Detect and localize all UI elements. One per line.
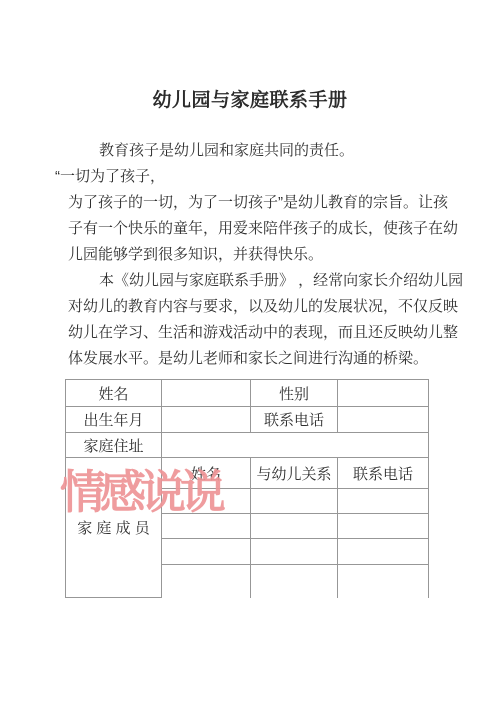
birthdate-label-cell: 出生年月 — [66, 407, 162, 433]
member-phone-cell — [338, 489, 429, 514]
member-relation-header-cell: 与幼儿关系 — [251, 458, 338, 489]
member-name-cell — [162, 565, 251, 598]
address-value-cell — [162, 433, 429, 458]
member-phone-header-cell: 联系电话 — [338, 458, 429, 489]
info-table: 姓名 性别 出生年月 联系电话 家庭住址 家 庭 成 员 姓名 与幼儿关系 联系… — [65, 379, 429, 598]
family-members-group-cell: 家 庭 成 员 — [66, 458, 162, 598]
member-relation-cell — [251, 539, 338, 565]
phone-value-cell — [338, 407, 429, 433]
paragraph-line: 体发展水平。是幼儿老师和家长之间进行沟通的桥梁。 — [68, 346, 448, 372]
member-phone-cell — [338, 539, 429, 565]
body-text: 教育孩子是幼儿园和家庭共同的责任。 “一切为了孩子， 为了孩子的一切，为了一切孩… — [68, 138, 448, 372]
gender-label-cell: 性别 — [251, 380, 338, 407]
address-label-cell: 家庭住址 — [66, 433, 162, 458]
page-title: 幼儿园与家庭联系手册 — [0, 85, 500, 112]
member-name-header-cell: 姓名 — [162, 458, 251, 489]
member-relation-cell — [251, 565, 338, 598]
name-value-cell — [162, 380, 251, 407]
paragraph-line: 教育孩子是幼儿园和家庭共同的责任。 — [68, 138, 448, 164]
paragraph-line: 为了孩子的一切，为了一切孩子”是幼儿教育的宗旨。让孩 — [68, 190, 448, 216]
member-name-cell — [162, 539, 251, 565]
paragraph-line: 本《幼儿园与家庭联系手册》 ，经常向家长介绍幼儿园 — [68, 268, 448, 294]
paragraph-line: 儿园能够学到很多知识，并获得快乐。 — [68, 242, 448, 268]
member-relation-cell — [251, 514, 338, 539]
member-phone-cell — [338, 514, 429, 539]
member-name-cell — [162, 489, 251, 514]
member-relation-cell — [251, 489, 338, 514]
phone-label-cell: 联系电话 — [251, 407, 338, 433]
paragraph-line: 幼儿在学习、生活和游戏活动中的表现，而且还反映幼儿整 — [68, 320, 448, 346]
member-name-cell — [162, 514, 251, 539]
paragraph-line: 子有一个快乐的童年，用爱来陪伴孩子的成长，使孩子在幼 — [68, 216, 448, 242]
gender-value-cell — [338, 380, 429, 407]
name-label-cell: 姓名 — [66, 380, 162, 407]
members-header-row: 家 庭 成 员 姓名 与幼儿关系 联系电话 — [66, 458, 429, 489]
paragraph-line: 对幼儿的教育内容与要求，以及幼儿的发展状况，不仅反映 — [68, 294, 448, 320]
table-row: 家庭住址 — [66, 433, 429, 458]
table-row: 出生年月 联系电话 — [66, 407, 429, 433]
document-page: 幼儿园与家庭联系手册 教育孩子是幼儿园和家庭共同的责任。 “一切为了孩子， 为了… — [0, 0, 500, 708]
paragraph-line: “一切为了孩子， — [55, 164, 448, 190]
birthdate-value-cell — [162, 407, 251, 433]
member-phone-cell — [338, 565, 429, 598]
table-row: 姓名 性别 — [66, 380, 429, 407]
